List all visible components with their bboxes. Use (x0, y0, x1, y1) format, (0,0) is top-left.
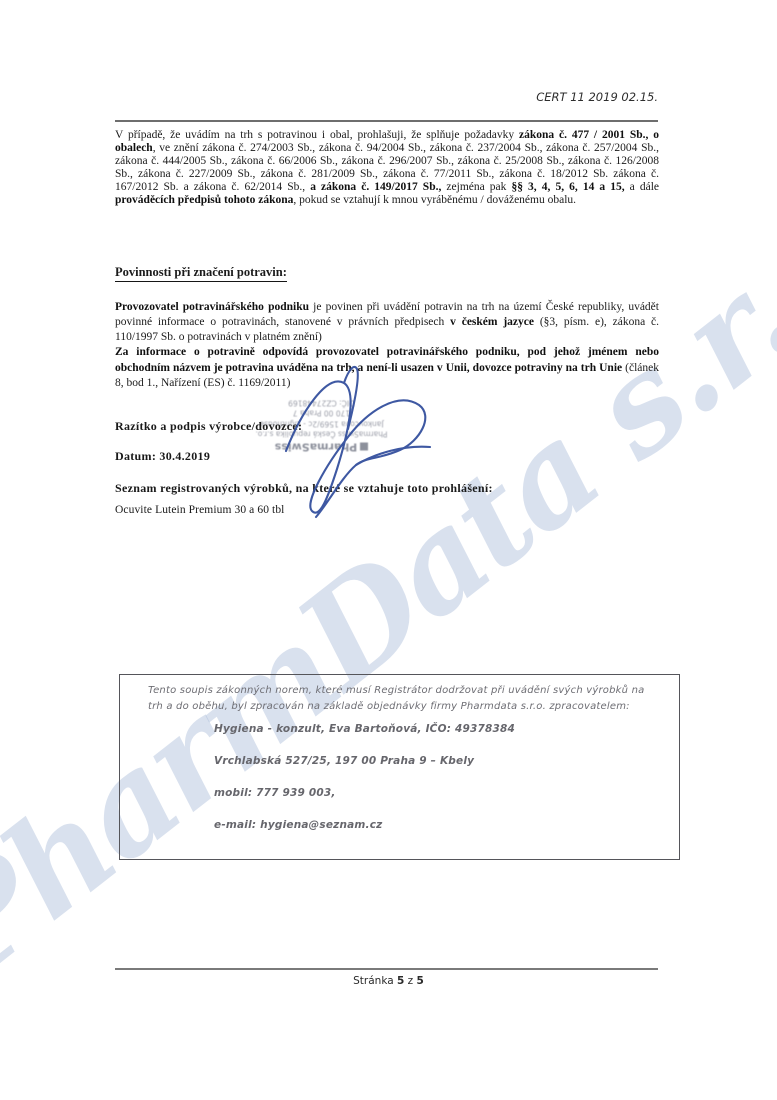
contact-name: Hygiena - konzult, Eva Bartoňová, IČO: 4… (214, 723, 515, 735)
contact-mobile: mobil: 777 939 003, (214, 787, 336, 799)
p1-sections-bold: §§ 3, 4, 5, 6, 14 a 15, (511, 181, 624, 193)
footer-total-pages: 5 (417, 975, 424, 987)
contact-email: e-mail: hygiena@seznam.cz (214, 819, 382, 831)
p2-operator-bold: Provozovatel potravinářského podniku (115, 301, 309, 313)
header-divider (115, 120, 658, 122)
packaging-declaration-paragraph: V případě, že uvádím na trh s potravinou… (115, 129, 659, 208)
p1-text: a dále (625, 181, 659, 193)
p1-text: , pokud se vztahují k mnou vyráběnému / … (293, 194, 576, 206)
p1-law-2017-bold: a zákona č. 149/2017 Sb., (310, 181, 441, 193)
p1-text: V případě, že uvádím na trh s potravinou… (115, 129, 519, 141)
contact-address: Vrchlabská 527/25, 197 00 Praha 9 – Kbel… (214, 755, 474, 767)
footer-word: Stránka (353, 975, 394, 987)
cert-reference: CERT 11 2019 02.15. (536, 90, 658, 104)
footer-current-page: 5 (397, 975, 404, 987)
document-page: PharmData s.r.o. CERT 11 2019 02.15. V p… (0, 0, 777, 1100)
processor-info-box: Tento soupis zákonných norem, které musí… (119, 674, 680, 860)
p1-text: zejména pak (441, 181, 511, 193)
date-label: Datum: 30.4.2019 (115, 449, 210, 464)
section-heading: Povinnosti při značení potravin: (115, 265, 287, 282)
page-number: Stránka 5 z 5 (0, 975, 777, 987)
p1-regulations-bold: prováděcích předpisů tohoto zákona (115, 194, 293, 206)
footer-separator: z (408, 975, 414, 987)
handwritten-signature (208, 353, 438, 533)
info-box-intro: Tento soupis zákonných norem, které musí… (148, 683, 658, 715)
food-operator-paragraph: Provozovatel potravinářského podniku je … (115, 300, 659, 345)
footer-divider (115, 968, 658, 970)
p2-language-bold: v českém jazyce (450, 316, 534, 328)
pharmdata-watermark: PharmData s.r.o. (0, 163, 777, 1008)
